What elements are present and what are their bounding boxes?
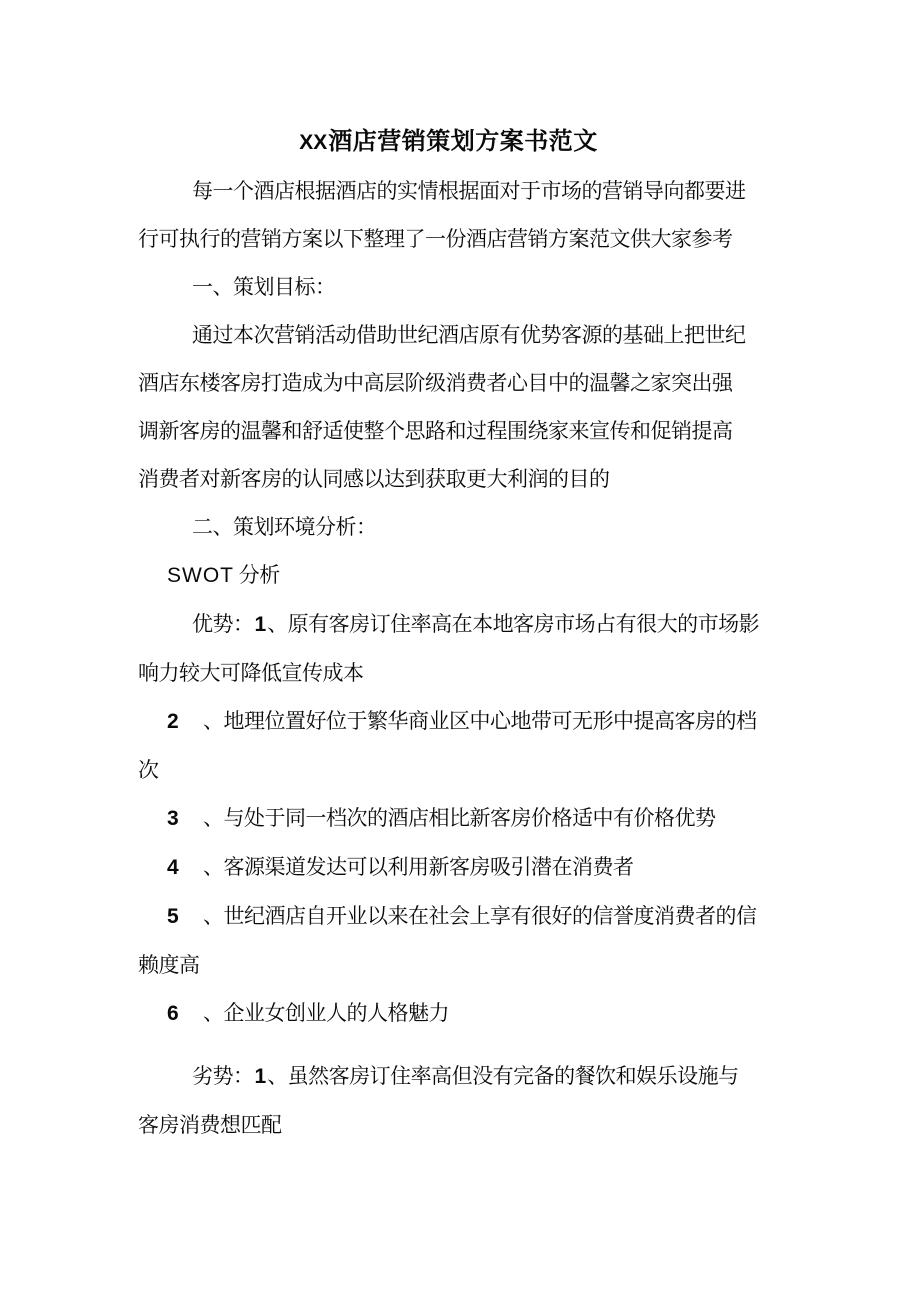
text-line: 优势：1、原有客房订住率高在本地客房市场占有很大的市场影 bbox=[138, 600, 798, 649]
text-line: 赖度高 bbox=[138, 941, 798, 989]
paragraph: 每一个酒店根据酒店的实情根据面对于市场的营销导向都要进行可执行的营销方案以下整理… bbox=[138, 167, 798, 263]
inline-number: XX bbox=[298, 131, 328, 154]
document-content: XX酒店营销策划方案书范文 每一个酒店根据酒店的实情根据面对于市场的营销导向都要… bbox=[138, 118, 798, 1149]
text-line: 6、企业女创业人的人格魅力 bbox=[138, 989, 798, 1038]
text-line: 一、策划目标： bbox=[138, 263, 798, 311]
list-item: 2、地理位置好位于繁华商业区中心地带可无形中提高客房的档次 bbox=[138, 697, 798, 794]
text-line: 劣势：1、虽然客房订住率高但没有完备的餐饮和娱乐设施与 bbox=[138, 1052, 798, 1101]
text-line: 3、与处于同一档次的酒店相比新客房价格适中有价格优势 bbox=[138, 794, 798, 843]
document-title: XX酒店营销策划方案书范文 bbox=[138, 118, 758, 167]
list-item: 4、客源渠道发达可以利用新客房吸引潜在消费者 bbox=[138, 843, 798, 892]
latin-text: SWOT bbox=[167, 564, 234, 587]
list-number: 4 bbox=[167, 844, 203, 892]
text-line: 响力较大可降低宣传成本 bbox=[138, 649, 798, 697]
text-line: 2、地理位置好位于繁华商业区中心地带可无形中提高客房的档 bbox=[138, 697, 798, 746]
document-page: XX酒店营销策划方案书范文 每一个酒店根据酒店的实情根据面对于市场的营销导向都要… bbox=[0, 0, 920, 1303]
text-line: 每一个酒店根据酒店的实情根据面对于市场的营销导向都要进 bbox=[138, 167, 798, 215]
text-line: 5、世纪酒店自开业以来在社会上享有很好的信誉度消费者的信 bbox=[138, 892, 798, 941]
list-item: 3、与处于同一档次的酒店相比新客房价格适中有价格优势 bbox=[138, 794, 798, 843]
text-line: 消费者对新客房的认同感以达到获取更大利润的目的 bbox=[138, 455, 798, 503]
list-item: 6、企业女创业人的人格魅力 bbox=[138, 989, 798, 1038]
paragraph-container: 每一个酒店根据酒店的实情根据面对于市场的营销导向都要进行可执行的营销方案以下整理… bbox=[138, 167, 798, 1149]
text-line: 通过本次营销活动借助世纪酒店原有优势客源的基础上把世纪 bbox=[138, 311, 798, 359]
list-item: 5、世纪酒店自开业以来在社会上享有很好的信誉度消费者的信赖度高 bbox=[138, 892, 798, 989]
paragraph: SWOT 分析 bbox=[138, 551, 798, 600]
inline-number: 1 bbox=[254, 1065, 268, 1088]
list-number: 2 bbox=[167, 698, 203, 746]
text-line: 4、客源渠道发达可以利用新客房吸引潜在消费者 bbox=[138, 843, 798, 892]
text-line: 调新客房的温馨和舒适使整个思路和过程围绕家来宣传和促销提高 bbox=[138, 407, 798, 455]
list-number: 6 bbox=[167, 990, 203, 1038]
text-line: SWOT 分析 bbox=[138, 551, 798, 600]
text-line: 次 bbox=[138, 746, 798, 794]
list-number: 3 bbox=[167, 795, 203, 843]
inline-number: 1 bbox=[254, 613, 268, 636]
paragraph: 一、策划目标： bbox=[138, 263, 798, 311]
paragraph: 劣势：1、虽然客房订住率高但没有完备的餐饮和娱乐设施与客房消费想匹配 bbox=[138, 1052, 798, 1149]
text-line: 酒店东楼客房打造成为中高层阶级消费者心目中的温馨之家突出强 bbox=[138, 359, 798, 407]
text-line: 客房消费想匹配 bbox=[138, 1101, 798, 1149]
paragraph: 优势：1、原有客房订住率高在本地客房市场占有很大的市场影响力较大可降低宣传成本 bbox=[138, 600, 798, 697]
list-number: 5 bbox=[167, 893, 203, 941]
text-line: 二、策划环境分析： bbox=[138, 503, 798, 551]
paragraph: 二、策划环境分析： bbox=[138, 503, 798, 551]
text-line: 行可执行的营销方案以下整理了一份酒店营销方案范文供大家参考 bbox=[138, 215, 798, 263]
paragraph: 通过本次营销活动借助世纪酒店原有优势客源的基础上把世纪酒店东楼客房打造成为中高层… bbox=[138, 311, 798, 503]
